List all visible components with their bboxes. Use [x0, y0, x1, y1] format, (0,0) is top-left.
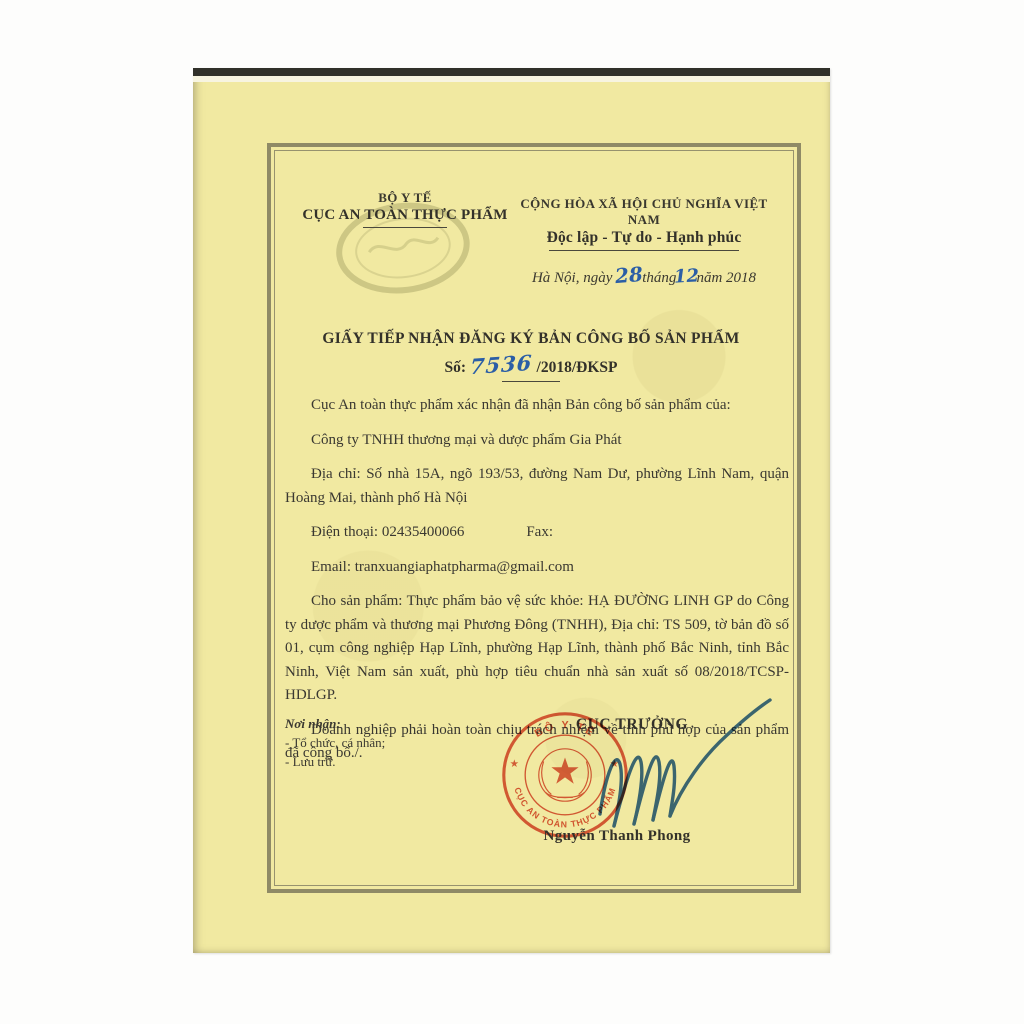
handwritten-day: 28: [614, 262, 644, 288]
country-name: CỘNG HÒA XÃ HỘI CHỦ NGHĨA VIỆT NAM: [511, 196, 777, 228]
seal-left-star: ★: [510, 758, 520, 770]
department-name: CỤC AN TOÀN THỰC PHẨM: [255, 207, 555, 224]
recipients-block: Nơi nhận: - Tổ chức, cá nhân; - Lưu trữ.: [285, 714, 505, 771]
paragraph-intro: Cục An toàn thực phẩm xác nhận đã nhận B…: [285, 394, 789, 418]
header-left: BỘ Y TẾ CỤC AN TOÀN THỰC PHẨM: [255, 190, 555, 228]
title-underline: [502, 381, 560, 382]
signer-name: Nguyễn Thanh Phong: [517, 828, 717, 845]
recipient-item: - Tổ chức, cá nhân;: [285, 733, 505, 752]
header-right: CỘNG HÒA XÃ HỘI CHỦ NGHĨA VIỆT NAM Độc l…: [511, 196, 777, 287]
motto-underline: [549, 250, 739, 251]
document-title: GIẤY TIẾP NHẬN ĐĂNG KÝ BẢN CÔNG BỐ SẢN P…: [267, 330, 795, 348]
number-suffix: /2018/ĐKSP: [537, 359, 618, 376]
date-thang: tháng: [642, 270, 676, 286]
document-number-line: Số:7536/2018/ĐKSP: [267, 352, 795, 377]
national-motto: Độc lập - Tự do - Hạnh phúc: [511, 229, 777, 247]
scanned-document-page: { "colors": { "paper": "#f1e9a1", "ink_t…: [0, 0, 1024, 1024]
handwritten-number: 7536: [469, 350, 533, 380]
document-title-block: GIẤY TIẾP NHẬN ĐĂNG KÝ BẢN CÔNG BỐ SẢN P…: [267, 330, 795, 382]
recipient-item: - Lưu trữ.: [285, 752, 505, 771]
phone-value: Điện thoại: 02435400066: [311, 524, 464, 540]
paragraph-address: Địa chỉ: Số nhà 15A, ngõ 193/53, đường N…: [285, 463, 789, 510]
date-prefix: Hà Nội, ngày: [532, 270, 612, 286]
scanner-edge-strip: [193, 68, 830, 76]
seal-star: [551, 758, 578, 784]
signature-icon: [586, 692, 778, 832]
fax-value: Fax:: [526, 524, 553, 540]
paragraph-phone-fax: Điện thoại: 02435400066Fax:: [285, 521, 789, 545]
handwritten-month: 12: [674, 265, 700, 287]
paragraph-product: Cho sản phẩm: Thực phẩm bảo vệ sức khỏe:…: [285, 590, 789, 708]
header-left-underline: [363, 227, 447, 228]
paper-top-edge: [193, 76, 830, 82]
recipients-label: Nơi nhận:: [285, 714, 505, 733]
date-nam: năm 2018: [696, 270, 756, 286]
date-line: Hà Nội, ngày28tháng12năm 2018: [511, 263, 777, 287]
certificate-paper: BỘ Y TẾ CỤC AN TOÀN THỰC PHẨM CỘNG HÒA X…: [193, 68, 830, 953]
paragraph-email: Email: tranxuangiaphatpharma@gmail.com: [285, 556, 789, 580]
ministry-name: BỘ Y TẾ: [255, 190, 555, 206]
paragraph-company: Công ty TNHH thương mại và dược phẩm Gia…: [285, 429, 789, 453]
number-label: Số:: [445, 359, 467, 376]
